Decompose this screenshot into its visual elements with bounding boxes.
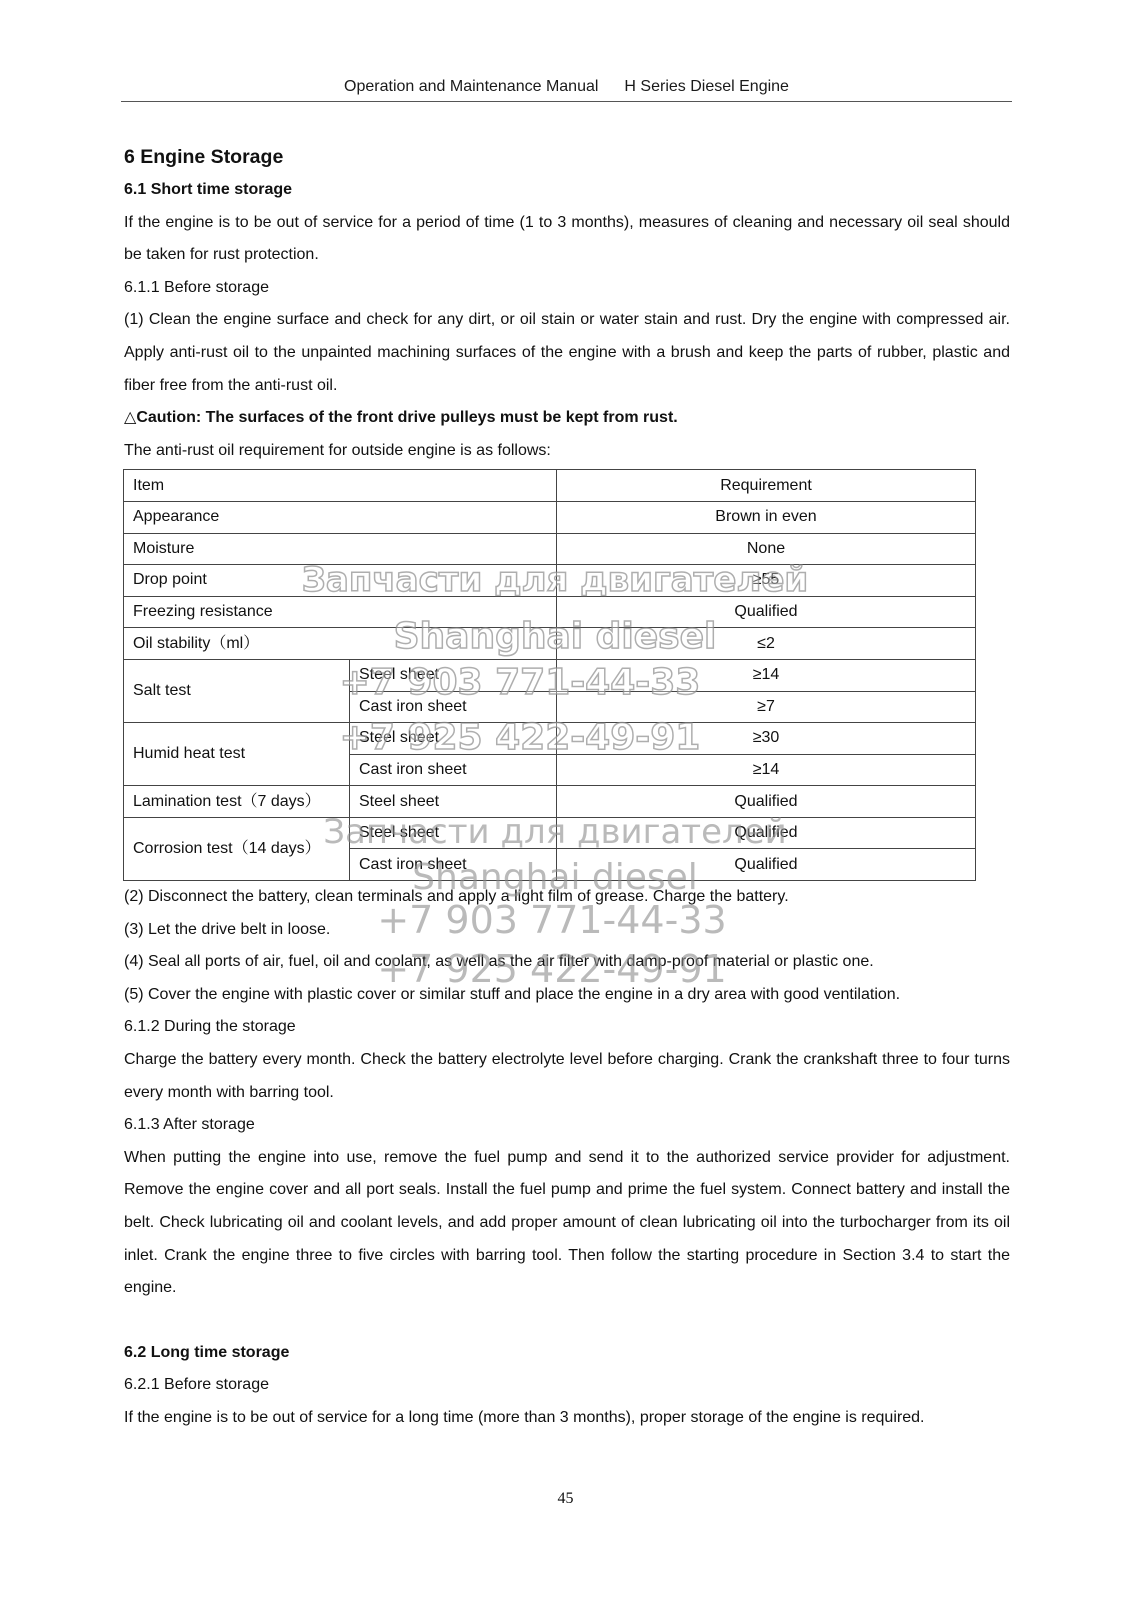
short-storage-intro: If the engine is to be out of service fo… — [124, 207, 1010, 272]
long-storage-text: If the engine is to be out of service fo… — [124, 1402, 1010, 1435]
header-engine-series: H Series Diesel Engine — [624, 78, 789, 95]
test-item-cell: Corrosion test（14 days） — [124, 817, 350, 880]
requirement-cell: Qualified — [557, 786, 976, 818]
requirement-cell: ≥14 — [557, 659, 976, 691]
table-row: Humid heat testSteel sheet≥30 — [124, 723, 976, 755]
requirement-cell: ≥30 — [557, 723, 976, 755]
table-row: AppearanceBrown in even — [124, 501, 976, 533]
running-header: Operation and Maintenance ManualH Series… — [121, 78, 1012, 96]
table-row: Oil stability（ml）≤2 — [124, 628, 976, 660]
step-2: (2) Disconnect the battery, clean termin… — [124, 881, 1010, 914]
chapter-title: 6 Engine Storage — [124, 140, 1010, 174]
caution-note: △Caution: The surfaces of the front driv… — [124, 402, 1010, 435]
requirement-cell: ≥7 — [557, 691, 976, 723]
requirement-cell: ≤2 — [557, 628, 976, 660]
item-cell: Oil stability（ml） — [124, 628, 557, 660]
requirement-cell: Qualified — [557, 817, 976, 849]
step-3: (3) Let the drive belt in loose. — [124, 914, 1010, 947]
test-item-cell: Lamination test（7 days） — [124, 786, 350, 818]
sample-cell: Steel sheet — [350, 817, 557, 849]
sample-cell: Steel sheet — [350, 723, 557, 755]
item-cell: Moisture — [124, 533, 557, 565]
table-row: Freezing resistanceQualified — [124, 596, 976, 628]
test-item-cell: Salt test — [124, 659, 350, 722]
header-requirement: Requirement — [557, 470, 976, 502]
page-number: 45 — [0, 1490, 1131, 1508]
sample-cell: Cast iron sheet — [350, 691, 557, 723]
page-content: 6 Engine Storage 6.1 Short time storage … — [124, 140, 1010, 1435]
table-row: MoistureNone — [124, 533, 976, 565]
table-intro: The anti-rust oil requirement for outsid… — [124, 435, 1010, 468]
step-5: (5) Cover the engine with plastic cover … — [124, 979, 1010, 1012]
requirement-cell: ≥55 — [557, 565, 976, 597]
table-row: Drop point≥55 — [124, 565, 976, 597]
header-divider — [121, 101, 1012, 102]
requirement-cell: Qualified — [557, 596, 976, 628]
test-item-cell: Humid heat test — [124, 723, 350, 786]
step-4: (4) Seal all ports of air, fuel, oil and… — [124, 946, 1010, 979]
requirement-cell: None — [557, 533, 976, 565]
item-cell: Freezing resistance — [124, 596, 557, 628]
item-cell: Appearance — [124, 501, 557, 533]
during-storage-text: Charge the battery every month. Check th… — [124, 1044, 1010, 1109]
sample-cell: Steel sheet — [350, 659, 557, 691]
subsection-long-before-storage: 6.2.1 Before storage — [124, 1369, 1010, 1402]
after-storage-text: When putting the engine into use, remove… — [124, 1142, 1010, 1305]
subsection-during-storage: 6.1.2 During the storage — [124, 1011, 1010, 1044]
table-header-row: Item Requirement — [124, 470, 976, 502]
requirement-cell: Brown in even — [557, 501, 976, 533]
requirement-cell: Qualified — [557, 849, 976, 881]
item-cell: Drop point — [124, 565, 557, 597]
section-title-short-storage: 6.1 Short time storage — [124, 174, 1010, 207]
sample-cell: Cast iron sheet — [350, 754, 557, 786]
requirement-cell: ≥14 — [557, 754, 976, 786]
sample-cell: Steel sheet — [350, 786, 557, 818]
caution-text: Caution: The surfaces of the front drive… — [136, 409, 677, 426]
subsection-before-storage: 6.1.1 Before storage — [124, 272, 1010, 305]
table-row: Corrosion test（14 days）Steel sheetQualif… — [124, 817, 976, 849]
header-item: Item — [124, 470, 557, 502]
step-1: (1) Clean the engine surface and check f… — [124, 304, 1010, 402]
warning-triangle-icon: △ — [124, 409, 136, 426]
table-row: Lamination test（7 days）Steel sheetQualif… — [124, 786, 976, 818]
section-title-long-storage: 6.2 Long time storage — [124, 1337, 1010, 1370]
table-row: Salt testSteel sheet≥14 — [124, 659, 976, 691]
anti-rust-oil-requirement-table: Item Requirement AppearanceBrown in even… — [123, 469, 976, 881]
subsection-after-storage: 6.1.3 After storage — [124, 1109, 1010, 1142]
sample-cell: Cast iron sheet — [350, 849, 557, 881]
header-manual-title: Operation and Maintenance Manual — [344, 78, 598, 95]
